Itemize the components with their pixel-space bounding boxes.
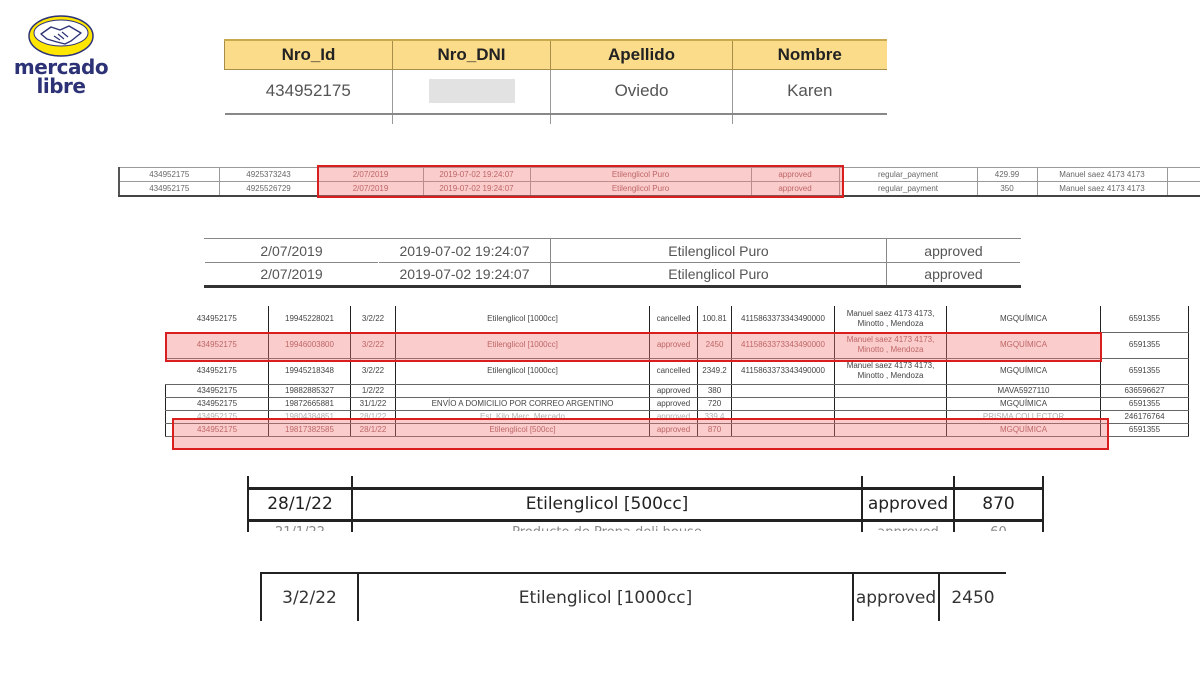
table-row: 434952175 4925373243 2/07/2019 2019-07-0… [119, 168, 1200, 182]
cell-nro-id: 434952175 [225, 69, 393, 114]
cell-apellido: Oviedo [551, 69, 733, 114]
zoom-500cc-table: 28/1/22 Etilenglicol [500cc] approved 87… [247, 476, 1044, 532]
redacted-dni [429, 79, 515, 103]
mercado-libre-logo: mercado libre [6, 14, 116, 96]
payments-2019-zoom-table: 2/07/2019 2019-07-02 19:24:07 Etilenglic… [204, 238, 1021, 288]
identity-table: Nro_Id Nro_DNI Apellido Nombre 434952175… [224, 39, 887, 124]
cell-nombre: Karen [733, 69, 887, 114]
table-row: 28/1/22 Etilenglicol [500cc] approved 87… [248, 488, 1043, 520]
cell-nro-dni [393, 69, 551, 114]
logo-text-line2: libre [6, 77, 116, 96]
table-row: 434952175 19817382585 28/1/22 Etilenglic… [166, 423, 1189, 436]
table-row: 434952175 19945228021 3/2/22 Etilenglico… [166, 306, 1189, 332]
table-row: 434952175 19946003800 3/2/22 Etilenglico… [166, 332, 1189, 358]
header-apellido: Apellido [551, 40, 733, 69]
header-nombre: Nombre [733, 40, 887, 69]
table-row: 434952175 19945218348 3/2/22 Etilenglico… [166, 358, 1189, 384]
table-row-partial [248, 476, 1043, 488]
table-row: 434952175 19872665881 31/1/22 ENVÍO A DO… [166, 397, 1189, 410]
table-row: 2/07/2019 2019-07-02 19:24:07 Etilenglic… [205, 239, 1021, 263]
table-row: 434952175 19804384851 28/1/22 Est. Kilo … [166, 410, 1189, 423]
zoom-1000cc-table: 3/2/22 Etilenglicol [1000cc] approved 24… [260, 572, 1006, 621]
table-row-partial: 21/1/22 Producto de Prepa deli house app… [248, 520, 1043, 532]
table-row: 2/07/2019 2019-07-02 19:24:07 Etilenglic… [205, 263, 1021, 287]
header-nro-id: Nro_Id [225, 40, 393, 69]
table-row: 3/2/22 Etilenglicol [1000cc] approved 24… [261, 573, 1006, 621]
payments-2022-table: 434952175 19945228021 3/2/22 Etilenglico… [165, 306, 1189, 437]
header-nro-dni: Nro_DNI [393, 40, 551, 69]
table-row: 434952175 19882885327 1/2/22 approved 38… [166, 384, 1189, 397]
payments-2019-table: 434952175 4925373243 2/07/2019 2019-07-0… [118, 167, 1200, 197]
handshake-icon [27, 14, 95, 58]
table-row: 434952175 4925526729 2/07/2019 2019-07-0… [119, 182, 1200, 196]
